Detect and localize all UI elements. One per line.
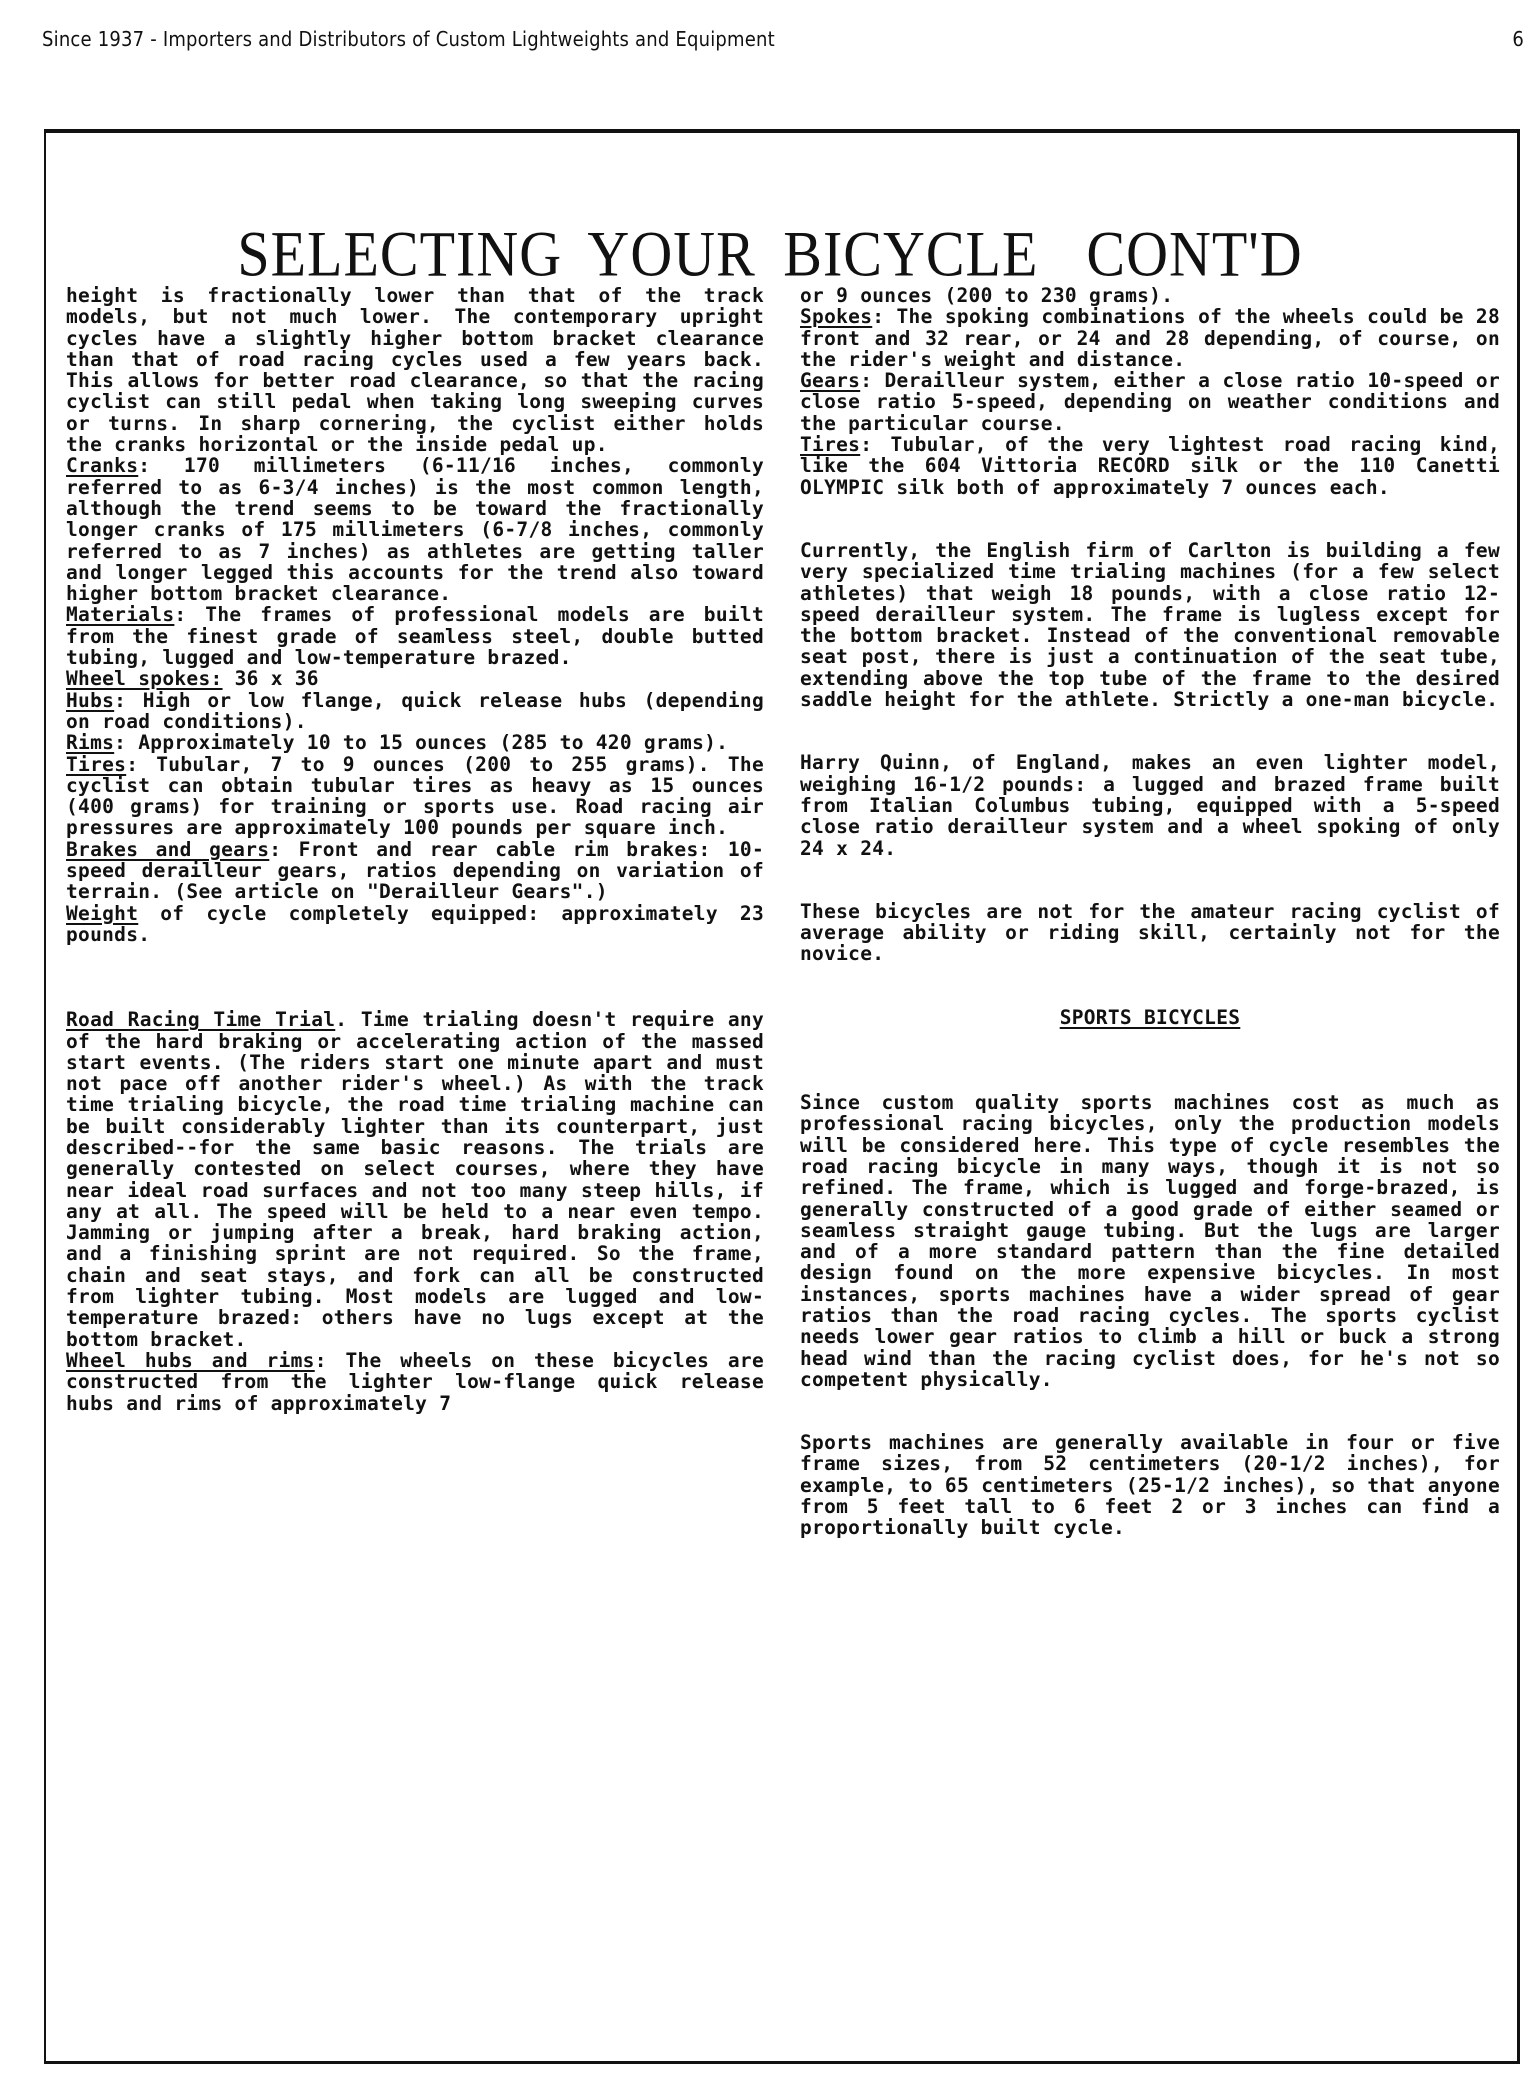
running-title: Since 1937 - Importers and Distributors … — [42, 27, 775, 51]
spec-label: Rims — [66, 731, 114, 754]
spec-label: Hubs — [66, 689, 114, 712]
paragraph-gap — [800, 965, 1500, 1007]
spec-label: Gears — [800, 369, 860, 392]
section-label: Road Racing Time Trial — [66, 1008, 335, 1031]
spec-weight: Weight of cycle completely equipped: app… — [66, 903, 764, 946]
right-column: or 9 ounces (200 to 230 grams). Spokes: … — [800, 285, 1500, 1539]
section-gap — [800, 1028, 1500, 1092]
spec-spokes: Spokes: The spoking combinations of the … — [800, 306, 1500, 370]
paragraph-novice: These bicycles are not for the amateur r… — [800, 901, 1500, 965]
spec-hubs: Hubs: High or low flange, quick release … — [66, 690, 764, 733]
page-number: 6 — [1512, 27, 1524, 51]
paragraph-height: height is fractionally lower than that o… — [66, 285, 764, 455]
running-header: Since 1937 - Importers and Distributors … — [42, 27, 1524, 51]
spec-label: Spokes — [800, 305, 872, 328]
paragraph-tire-weight: or 9 ounces (200 to 230 grams). — [800, 285, 1500, 306]
spec-tires: Tires: Tubular, of the very lightest roa… — [800, 434, 1500, 498]
paragraph-gap — [800, 1390, 1500, 1432]
spec-rims: Rims: Approximately 10 to 15 ounces (285… — [66, 732, 764, 753]
left-column: height is fractionally lower than that o… — [66, 285, 764, 1414]
spec-cranks: Cranks: 170 millimeters (6-11/16 inches,… — [66, 455, 764, 604]
spec-tires: Tires: Tubular, 7 to 9 ounces (200 to 25… — [66, 754, 764, 839]
page-title: SELECTING YOUR BICYCLECONT'D — [0, 216, 1540, 291]
spec-label: Wheel hubs and rims — [66, 1349, 315, 1372]
spec-wheel-spokes: Wheel spokes: 36 x 36 — [66, 668, 764, 689]
paragraph-sports-sizes: Sports machines are generally available … — [800, 1432, 1500, 1538]
paragraph-gap — [800, 498, 1500, 540]
paragraph-harry-quinn: Harry Quinn, of England, makes an even l… — [800, 752, 1500, 858]
spec-label: Tires — [800, 433, 860, 456]
title-main: SELECTING YOUR BICYCLE — [237, 217, 1038, 290]
paragraph-sports-intro: Since custom quality sports machines cos… — [800, 1092, 1500, 1390]
spec-brakes-gears: Brakes and gears: Front and rear cable r… — [66, 839, 764, 903]
spec-label: Weight — [66, 902, 138, 925]
spec-gears: Gears: Derailleur system, either a close… — [800, 370, 1500, 434]
spec-label: Cranks — [66, 454, 138, 477]
title-suffix: CONT'D — [1086, 217, 1302, 290]
section-heading-sports-bicycles: SPORTS BICYCLES — [800, 1007, 1500, 1028]
paragraph-gap — [800, 710, 1500, 752]
spec-label: Brakes and gears — [66, 838, 269, 861]
spec-label: Wheel spokes: — [66, 667, 223, 690]
spec-label: Tires — [66, 753, 126, 776]
paragraph-gap — [800, 859, 1500, 901]
spec-wheel-hubs-rims: Wheel hubs and rims: The wheels on these… — [66, 1350, 764, 1414]
section-road-racing-time-trial: Road Racing Time Trial. Time trialing do… — [66, 1009, 764, 1350]
paragraph-carlton: Currently, the English firm of Carlton i… — [800, 540, 1500, 710]
spec-materials: Materials: The frames of professional mo… — [66, 604, 764, 668]
spec-label: Materials — [66, 603, 174, 626]
section-gap — [66, 945, 764, 1009]
